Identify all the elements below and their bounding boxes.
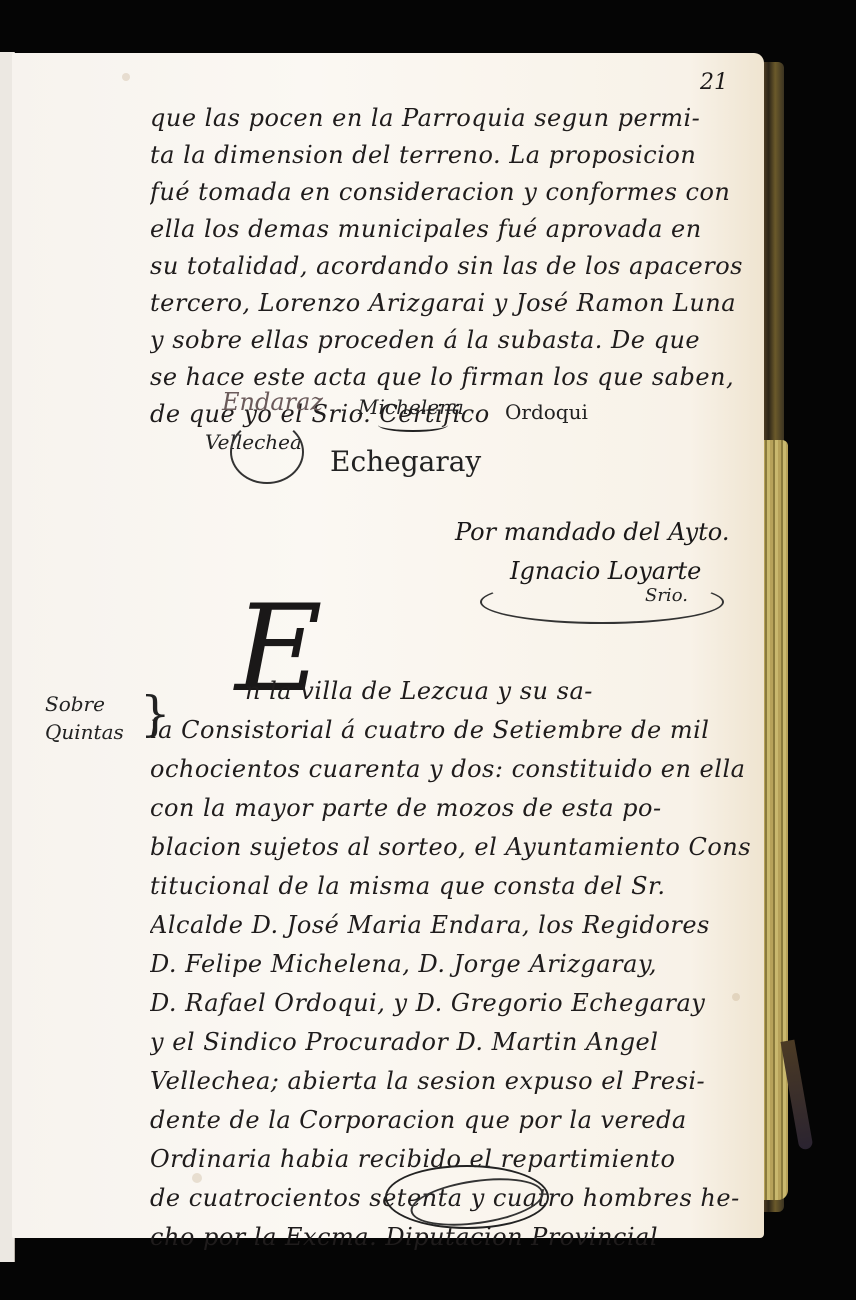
paper-stain [122,73,130,81]
signature-flourish [378,418,448,432]
signature-michelena: Michelena [358,395,464,419]
text-line: y sobre ellas proceden á la subasta. De … [150,322,750,359]
text-line: D. Rafael Ordoqui, y D. Gregorio Echegar… [150,984,750,1023]
text-line: su totalidad, acordando sin las de los a… [150,248,750,285]
text-line: titucional de la misma que consta del Sr… [150,867,750,906]
text-line: tercero, Lorenzo Arizgarai y José Ramon … [150,285,750,322]
signature-endaraz: Endaraz [222,388,323,416]
text-line: la Consistorial á cuatro de Setiembre de… [150,711,750,750]
text-line: dente de la Corporacion que por la vered… [150,1101,750,1140]
text-line: Vellechea; abierta la sesion expuso el P… [150,1062,750,1101]
text-line: que las pocen en la Parroquia segun perm… [150,100,750,137]
secretary-flourish [480,580,724,624]
text-line: con la mayor parte de mozos de esta po- [150,789,750,828]
text-line: n la villa de Lezcua y su sa- [150,672,750,711]
text-line: ta la dimension del terreno. La proposic… [150,137,750,174]
text-line: y el Sindico Procurador D. Martin Angel [150,1023,750,1062]
signature-echegaray: Echegaray [330,445,481,478]
text-line: ochocientos cuarenta y dos: constituido … [150,750,750,789]
margin-note-line: Sobre [45,690,124,718]
text-line: blacion sujetos al sorteo, el Ayuntamien… [150,828,750,867]
text-line: ella los demas municipales fué aprovada … [150,211,750,248]
text-line: D. Felipe Michelena, D. Jorge Arizgaray, [150,945,750,984]
gilded-page-edges [762,440,788,1200]
signature-ordoqui: Ordoqui [505,400,588,424]
mandate-line: Por mandado del Ayto. [455,518,729,546]
text-line: Alcalde D. José Maria Endara, los Regido… [150,906,750,945]
margin-note-line: Quintas [45,718,124,746]
folio-number: 21 [700,70,728,95]
margin-note: Sobre Quintas [45,690,124,746]
signature-flourish [230,420,304,484]
top-paragraph: que las pocen en la Parroquia segun perm… [150,100,750,433]
text-line: fué tomada en consideracion y conformes … [150,174,750,211]
